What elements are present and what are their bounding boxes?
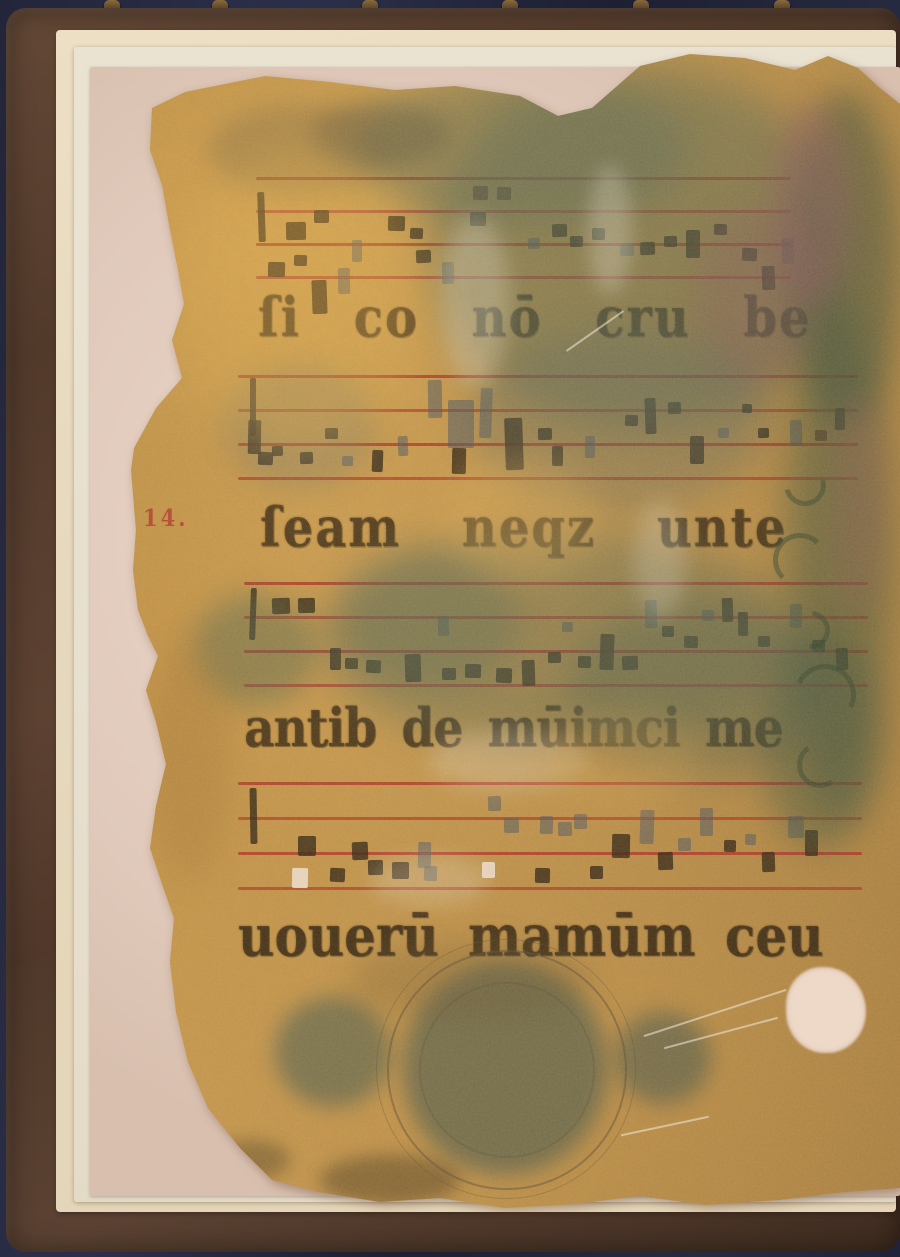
staff-line [238, 887, 862, 890]
photograph-of-manuscript-leaf: ſi co nō cru beſeam neqz unteantib de mū… [0, 0, 900, 1257]
neume-mark [558, 822, 572, 836]
neume-mark [724, 840, 736, 852]
neume-mark [678, 838, 691, 851]
stain-blob [150, 640, 230, 880]
neume-mark [574, 814, 587, 829]
neume-mark [250, 788, 258, 844]
parchment-fragment-wrapper: ſi co nō cru beſeam neqz unteantib de mū… [0, 0, 900, 1257]
neume-mark [416, 250, 431, 264]
neume-mark [352, 842, 369, 861]
stain-blob [540, 710, 700, 810]
foliate-scroll [773, 533, 827, 587]
neume-mark [398, 436, 409, 456]
neume-mark [372, 450, 384, 472]
neume-mark [298, 598, 315, 613]
scratch-line [621, 1116, 709, 1137]
neume-mark [410, 228, 423, 239]
neume-mark [540, 816, 554, 834]
neume-mark [658, 852, 674, 871]
neume-mark [535, 868, 550, 883]
stain-blob [441, 215, 509, 385]
neume-mark [762, 852, 776, 872]
neume-mark [452, 448, 466, 474]
stain-ring [419, 982, 595, 1158]
stain-blob [440, 460, 600, 580]
stain-blob [370, 854, 490, 906]
neume-mark [590, 866, 603, 879]
neume-mark [700, 808, 713, 836]
stain-blob [834, 390, 886, 610]
neume-mark [639, 810, 654, 844]
folio-number: 14. [143, 504, 189, 532]
neume-mark [745, 834, 756, 845]
repair-patch-hole [786, 967, 866, 1053]
parchment-fragment: ſi co nō cru beſeam neqz unteantib de mū… [0, 0, 900, 1257]
stain-blob [588, 165, 632, 295]
neume-mark [488, 796, 502, 811]
stain-blob [180, 150, 420, 450]
neume-mark [330, 868, 345, 883]
neume-mark [298, 836, 316, 856]
stain-blob [634, 500, 686, 620]
neume-mark [612, 834, 630, 858]
neume-mark [504, 818, 519, 833]
stain-blob [210, 1140, 290, 1180]
neume-mark [428, 380, 443, 418]
neume-mark [292, 868, 308, 888]
stain-blob [275, 997, 391, 1107]
